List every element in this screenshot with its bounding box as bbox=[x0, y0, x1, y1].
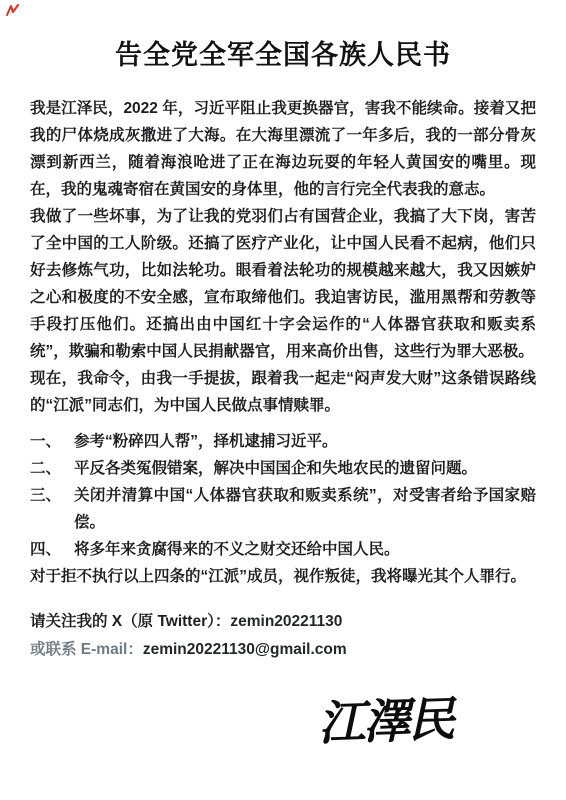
paragraph-block: 我是江泽民，2022 年，习近平阻止我更换器官，害我不能续命。接着又把我的尸体烧… bbox=[30, 95, 536, 419]
x-handle: zemin20221130 bbox=[230, 613, 342, 630]
email-contact-line: 或联系 E-mail：zemin20221130@gmail.com bbox=[30, 636, 536, 664]
list-text: 关闭并清算中国“人体器官获取和贩卖系统”，对受害者给予国家赔偿。 bbox=[74, 482, 536, 536]
email-label: 或联系 E-mail： bbox=[30, 641, 143, 658]
document-page: 告全党全军全国各族人民书 我是江泽民，2022 年，习近平阻止我更换器官，害我不… bbox=[0, 0, 566, 800]
closing-statement: 对于拒不执行以上四条的“江派”成员，视作叛徒，我将曝光其个人罪行。 bbox=[30, 563, 536, 590]
list-marker: 一、 bbox=[30, 428, 74, 455]
paragraph: 我是江泽民，2022 年，习近平阻止我更换器官，害我不能续命。接着又把我的尸体烧… bbox=[30, 95, 536, 203]
handwritten-signature: 江澤民 bbox=[317, 681, 479, 754]
list-text: 参考“粉碎四人帮”，择机逮捕习近平。 bbox=[74, 428, 536, 455]
list-item: 四、 将多年来贪腐得来的不义之财交还给中国人民。 bbox=[30, 536, 536, 563]
paragraph: 现在，我命令，由我一手提拔，跟着我一起走“闷声发大财”这条错误路线的“江派”同志… bbox=[30, 365, 536, 419]
list-marker: 三、 bbox=[30, 482, 74, 536]
paragraph: 我做了一些坏事，为了让我的党羽们占有国营企业，我搞了大下岗，害苦了全中国的工人阶… bbox=[30, 203, 536, 365]
list-marker: 四、 bbox=[30, 536, 74, 563]
list-text: 将多年来贪腐得来的不义之财交还给中国人民。 bbox=[74, 536, 536, 563]
x-contact-label: 请关注我的 X（原 Twitter）： bbox=[30, 613, 230, 630]
list-item: 三、 关闭并清算中国“人体器官获取和贩卖系统”，对受害者给予国家赔偿。 bbox=[30, 482, 536, 536]
list-text: 平反各类冤假错案，解决中国国企和失地农民的遗留问题。 bbox=[74, 455, 536, 482]
list-marker: 二、 bbox=[30, 455, 74, 482]
document-body: 我是江泽民，2022 年，习近平阻止我更换器官，害我不能续命。接着又把我的尸体烧… bbox=[0, 95, 566, 664]
list-item: 一、 参考“粉碎四人帮”，择机逮捕习近平。 bbox=[30, 428, 536, 455]
x-contact-line: 请关注我的 X（原 Twitter）：zemin20221130 bbox=[30, 608, 536, 636]
list-item: 二、 平反各类冤假错案，解决中国国企和失地农民的遗留问题。 bbox=[30, 455, 536, 482]
red-scribble-icon bbox=[5, 3, 20, 18]
email-address: zemin20221130@gmail.com bbox=[143, 641, 347, 658]
contact-block: 请关注我的 X（原 Twitter）：zemin20221130 或联系 E-m… bbox=[30, 608, 536, 664]
directive-list: 一、 参考“粉碎四人帮”，择机逮捕习近平。 二、 平反各类冤假错案，解决中国国企… bbox=[30, 428, 536, 563]
page-title: 告全党全军全国各族人民书 bbox=[0, 0, 566, 72]
